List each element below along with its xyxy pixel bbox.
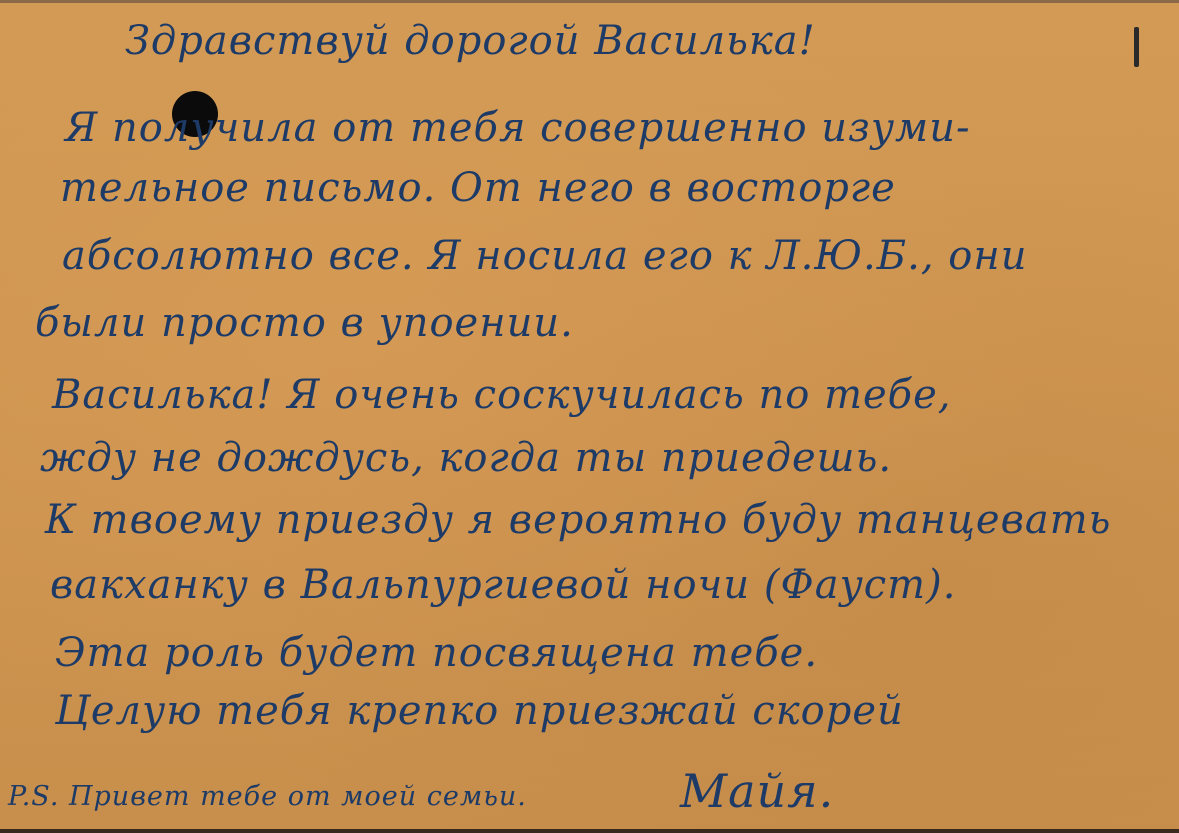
letter-line-5: Василька! Я очень соскучилась по тебе, [52,375,951,415]
letter-line-2: тельное письмо. От него в восторге [60,168,896,208]
postscript: P.S. Привет тебе от моей семьи. [8,783,527,810]
letter-line-9: Эта роль будет посвящена тебе. [55,633,818,673]
letter-line-10: Целую тебя крепко приезжай скорей [55,691,904,731]
letter-line-1: Я получила от тебя совершенно изуми- [65,108,970,148]
letter-line-6: жду не дождусь, когда ты приедешь. [40,438,892,478]
page-marker [1134,27,1139,67]
letter-line-7: К твоему приезду я вероятно буду танцева… [45,500,1111,540]
postcard: Здравствуй дорогой Василька! Я получила … [0,0,1179,833]
letter-line-8: вакханку в Вальпургиевой ночи (Фауст). [50,565,956,605]
letter-line-4: были просто в упоении. [35,303,574,343]
letter-greeting: Здравствуй дорогой Василька! [125,21,816,61]
signature: Майя. [680,768,834,814]
letter-line-3: абсолютно все. Я носила его к Л.Ю.Б., он… [62,236,1028,276]
